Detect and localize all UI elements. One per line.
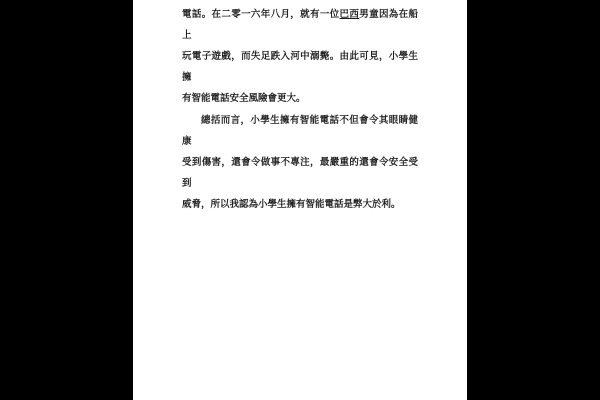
proper-noun-underlined-text: 巴西 bbox=[340, 9, 360, 20]
paragraph1-line2: 玩電子遊戲，而失足跌入河中溺斃。由此可見，小學生擁 bbox=[182, 46, 418, 88]
essay-text-block: 電話。在二零一六年八月，就有一位巴西男童因為在船上 玩電子遊戲，而失足跌入河中溺… bbox=[182, 4, 418, 215]
paragraph1-line1: 電話。在二零一六年八月，就有一位巴西男童因為在船上 bbox=[182, 4, 418, 46]
document-page: 電話。在二零一六年八月，就有一位巴西男童因為在船上 玩電子遊戲，而失足跌入河中溺… bbox=[133, 0, 467, 400]
letterbox-background: 電話。在二零一六年八月，就有一位巴西男童因為在船上 玩電子遊戲，而失足跌入河中溺… bbox=[0, 0, 600, 400]
paragraph2-line3: 威脅，所以我認為小學生擁有智能電話是弊大於利。 bbox=[182, 194, 418, 215]
paragraph2-line2: 受到傷害，還會令做事不專注，最嚴重的還會令安全受到 bbox=[182, 152, 418, 194]
paragraph2-line1: 總括而言，小學生擁有智能電話不但會令其眼睛健康 bbox=[182, 110, 418, 152]
paragraph1-line1-pre: 電話。在二零一六年八月，就有一位 bbox=[182, 9, 340, 20]
paragraph1-line3: 有智能電話安全風險會更大。 bbox=[182, 88, 418, 109]
